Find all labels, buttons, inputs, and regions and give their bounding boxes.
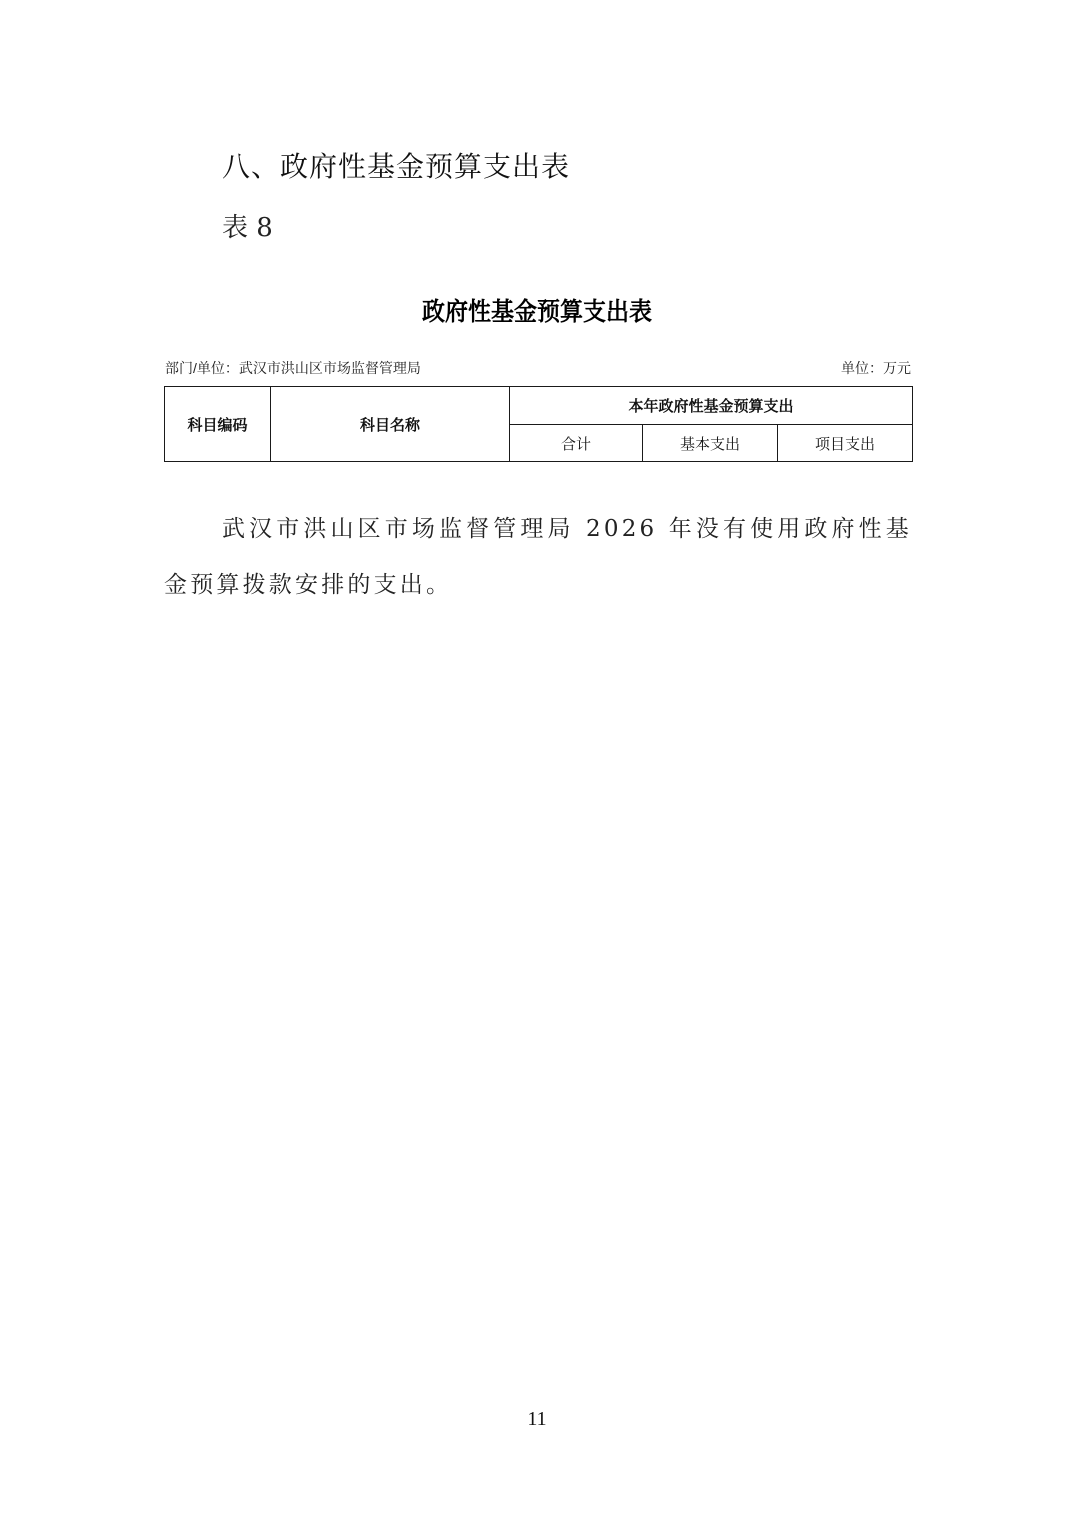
header-basic-expenditure: 基本支出 (643, 425, 778, 462)
document-page: 八、政府性基金预算支出表 表 8 政府性基金预算支出表 部门/单位：武汉市洪山区… (0, 0, 1074, 1520)
page-number: 11 (0, 1406, 1074, 1432)
table-title: 政府性基金预算支出表 (43, 292, 1031, 332)
header-project-expenditure: 项目支出 (778, 425, 913, 462)
header-group-expenditure: 本年政府性基金预算支出 (510, 387, 913, 425)
section-heading: 八、政府性基金预算支出表 (222, 147, 570, 187)
budget-table: 科目编码 科目名称 本年政府性基金预算支出 合计 基本支出 项目支出 (164, 386, 913, 462)
explanation-paragraph: 武汉市洪山区市场监督管理局 2026 年没有使用政府性基金预算拨款安排的支出。 (164, 501, 912, 613)
header-total: 合计 (510, 425, 643, 462)
header-subject-code: 科目编码 (165, 387, 271, 462)
unit-label: 单位：万元 (841, 356, 911, 380)
table-header-row-1: 科目编码 科目名称 本年政府性基金预算支出 (165, 387, 913, 425)
table-meta-row: 部门/单位：武汉市洪山区市场监督管理局 单位：万元 (165, 356, 911, 380)
header-subject-name: 科目名称 (271, 387, 510, 462)
department-label: 部门/单位：武汉市洪山区市场监督管理局 (165, 356, 421, 380)
table-label: 表 8 (222, 208, 273, 248)
